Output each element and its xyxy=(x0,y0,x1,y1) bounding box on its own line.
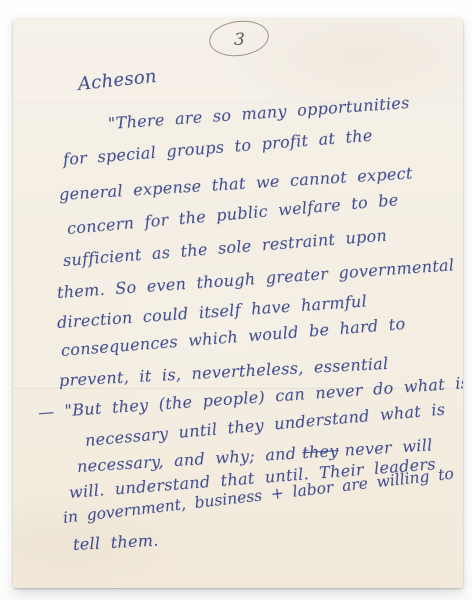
page-number: 3 xyxy=(234,30,245,50)
salutation: Acheson xyxy=(77,66,158,95)
page-number-circle: 3 xyxy=(207,18,271,60)
struck-word: they xyxy=(302,441,340,462)
handwritten-line-15: tell them. xyxy=(73,531,160,554)
letter-page: 3 Acheson "There are so many opportuniti… xyxy=(13,18,463,588)
photo-background: 3 Acheson "There are so many opportuniti… xyxy=(0,0,472,600)
